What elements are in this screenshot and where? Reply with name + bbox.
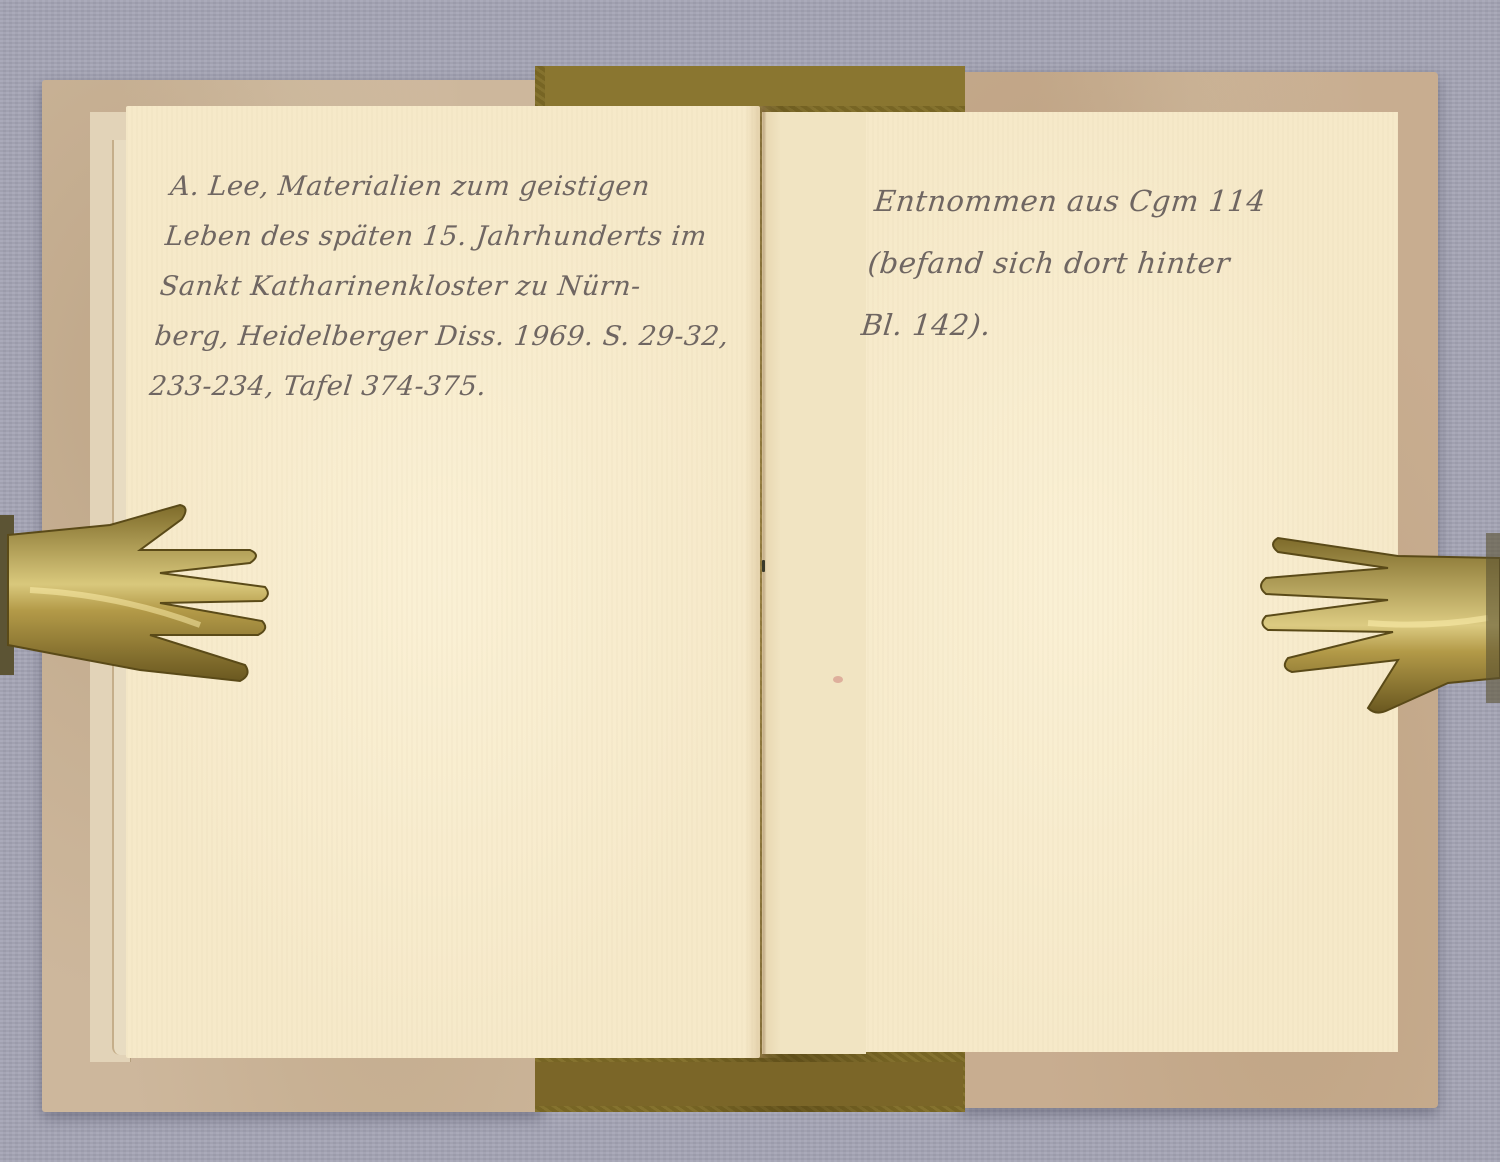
- handwritten-line: Bl. 142).: [858, 294, 1345, 356]
- left-brass-hand-clamp-icon: [0, 495, 275, 695]
- paper-stain: [833, 676, 843, 683]
- right-brass-hand-clamp-icon: [1248, 518, 1500, 718]
- handwritten-line: (befand sich dort hinter: [865, 232, 1352, 294]
- handwritten-line: berg, Heidelberger Diss. 1969. S. 29-32,: [152, 312, 737, 362]
- right-page-handwriting: Entnommen aus Cgm 114 (befand sich dort …: [858, 170, 1358, 356]
- gutter-thread: [762, 560, 765, 572]
- handwritten-line: A. Lee, Materialien zum geistigen: [168, 162, 753, 212]
- handwritten-line: Leben des späten 15. Jahrhunderts im: [163, 212, 748, 262]
- photo-scene: A. Lee, Materialien zum geistigen Leben …: [0, 0, 1500, 1162]
- handwritten-line: Sankt Katharinenkloster zu Nürn-: [157, 262, 742, 312]
- handwritten-line: 233-234, Tafel 374-375.: [147, 362, 732, 412]
- spine-bottom-edge: [535, 1062, 963, 1106]
- left-page-handwriting: A. Lee, Materialien zum geistigen Leben …: [147, 162, 753, 412]
- handwritten-line: Entnommen aus Cgm 114: [871, 170, 1358, 232]
- spine-top-edge: [545, 66, 965, 106]
- book-gutter: [745, 106, 781, 1058]
